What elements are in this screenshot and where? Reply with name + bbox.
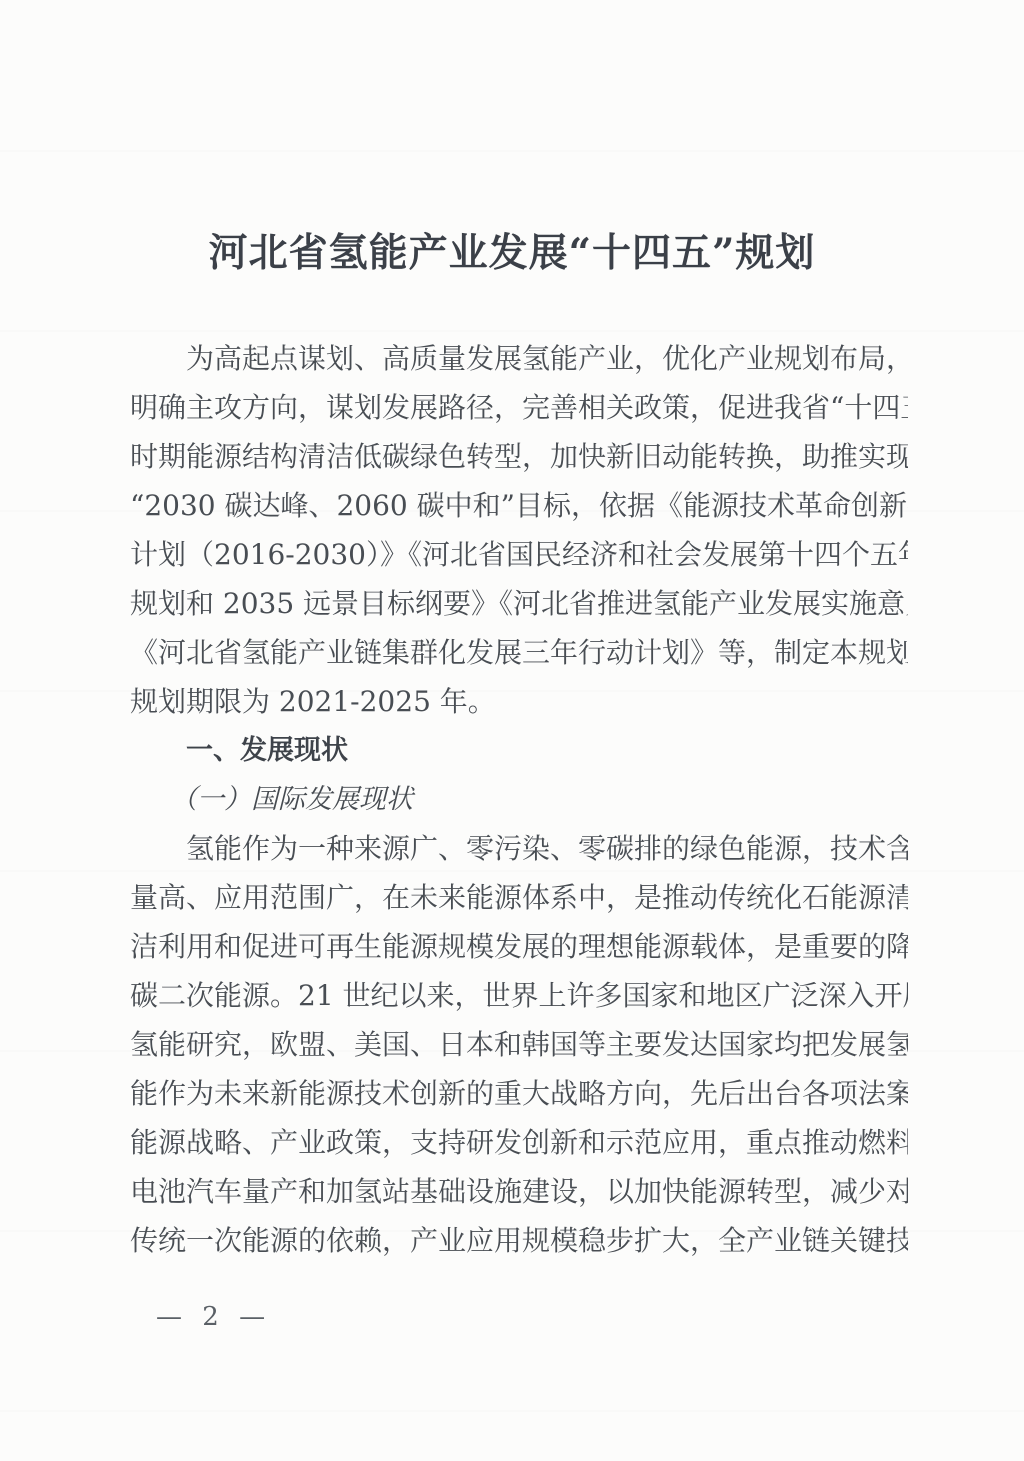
body-text-line: 能作为未来新能源技术创新的重大战略方向，先后出台各项法案、 <box>130 1069 908 1118</box>
body-text-line: 氢能研究，欧盟、美国、日本和韩国等主要发达国家均把发展氢 <box>130 1020 908 1069</box>
body-text-line: 为高起点谋划、高质量发展氢能产业，优化产业规划布局， <box>130 334 908 383</box>
body-text-line: 量高、应用范围广，在未来能源体系中，是推动传统化石能源清 <box>130 873 908 922</box>
page-title: 河北省氢能产业发展“十四五”规划 <box>0 222 1024 278</box>
body-text-line: 规划和 2035 远景目标纲要》《河北省推进氢能产业发展实施意见》 <box>130 579 908 628</box>
body-text-line: 洁利用和促进可再生能源规模发展的理想能源载体，是重要的降 <box>130 922 908 971</box>
body-text-line: 碳二次能源。21 世纪以来，世界上许多国家和地区广泛深入开展 <box>130 971 908 1020</box>
body-text-line: 电池汽车量产和加氢站基础设施建设，以加快能源转型，减少对 <box>130 1167 908 1216</box>
footer-page-number: — 2 — <box>156 1297 271 1337</box>
body-text-line: 传统一次能源的依赖，产业应用规模稳步扩大，全产业链关键技 <box>130 1216 908 1265</box>
body-text-line: “2030 碳达峰、2060 碳中和”目标，依据《能源技术革命创新行动 <box>130 481 908 530</box>
document-body: 为高起点谋划、高质量发展氢能产业，优化产业规划布局，明确主攻方向，谋划发展路径，… <box>130 334 908 1265</box>
body-text-line: 《河北省氢能产业链集群化发展三年行动计划》等，制定本规划。 <box>130 628 908 677</box>
document-page: 河北省氢能产业发展“十四五”规划 为高起点谋划、高质量发展氢能产业，优化产业规划… <box>0 0 1024 1461</box>
body-text-line: 时期能源结构清洁低碳绿色转型，加快新旧动能转换，助推实现 <box>130 432 908 481</box>
subsection-heading: （一）国际发展现状 <box>130 775 908 824</box>
body-text-line: 计划（2016-2030）》《河北省国民经济和社会发展第十四个五年 <box>130 530 908 579</box>
body-text-line: 规划期限为 2021-2025 年。 <box>130 677 908 726</box>
section-heading: 一、发展现状 <box>130 726 908 775</box>
body-text-line: 能源战略、产业政策，支持研发创新和示范应用，重点推动燃料 <box>130 1118 908 1167</box>
body-text-line: 明确主攻方向，谋划发展路径，完善相关政策，促进我省“十四五” <box>130 383 908 432</box>
body-text-line: 氢能作为一种来源广、零污染、零碳排的绿色能源，技术含 <box>130 824 908 873</box>
